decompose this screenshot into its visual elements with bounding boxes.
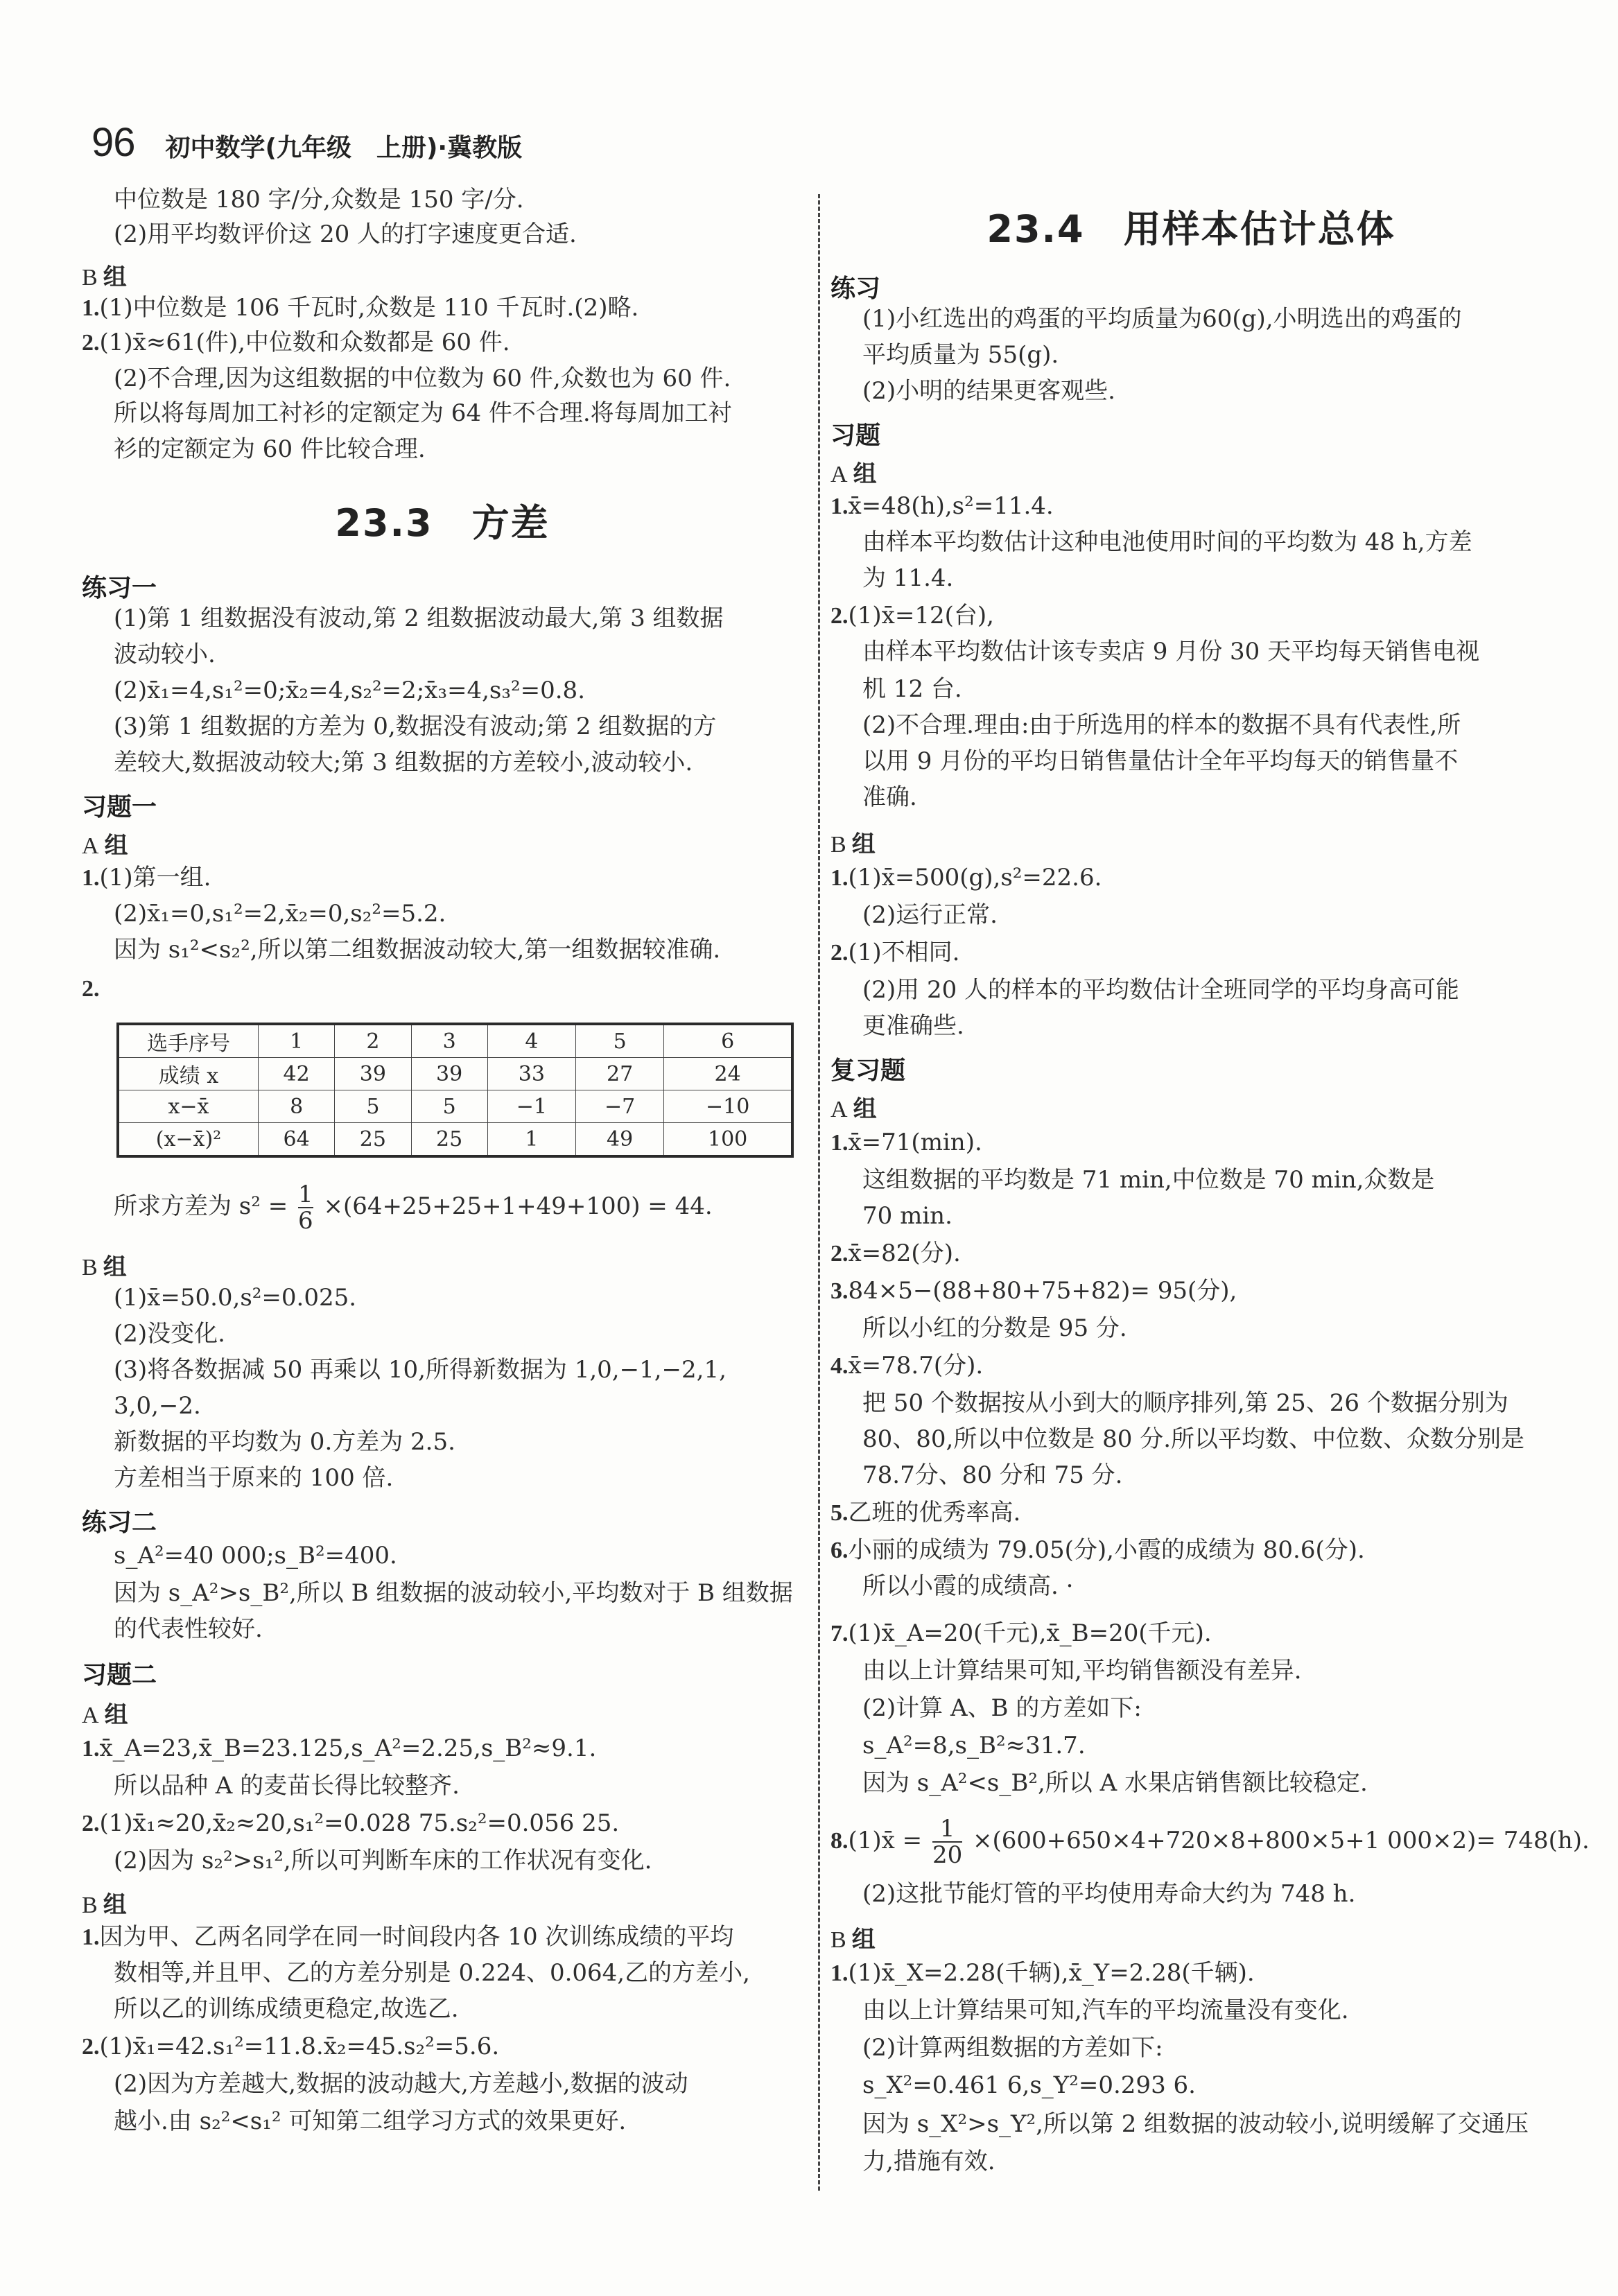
answer-line: 5.乙班的优秀率高. <box>830 1499 1020 1527</box>
answer-line: 所以小霞的成绩高. · <box>830 1572 1073 1600</box>
answer-line: 3.84×5−(88+80+75+82)= 95(分), <box>830 1277 1237 1305</box>
text-line: 的代表性较好. <box>82 1615 263 1643</box>
answer-line: (3)将各数据减 50 再乘以 10,所得新数据为 1,0,−1,−2,1, <box>82 1356 727 1384</box>
answer-line: 因为 s₁²<s₂²,所以第二组数据波动较大,第一组数据较准确. <box>82 936 720 964</box>
answer-line: 机 12 台. <box>830 675 962 703</box>
group-heading: B组 <box>82 258 127 292</box>
answer-line: 1.x̄_A=23,x̄_B=23.125,s_A²=2.25,s_B²≈9.1… <box>82 1734 596 1763</box>
group-heading: B组 <box>830 1920 876 1954</box>
text-line: s_A²=40 000;s_B²=400. <box>82 1542 397 1569</box>
exercise-heading: 习题二 <box>82 1655 157 1691</box>
answer-line: 因为 s_X²>s_Y²,所以第 2 组数据的波动较小,说明缓解了交通压 <box>830 2110 1529 2138</box>
answer-line: 所以乙的训练成绩更稳定,故选乙. <box>82 1995 459 2023</box>
answer-line: 1.(1)第一组. <box>82 864 211 892</box>
answer-line: 70 min. <box>830 1202 952 1230</box>
answer-line: 2.(1)x̄₁=42.s₁²=11.8.x̄₂=45.s₂²=5.6. <box>82 2033 499 2061</box>
page-header: 96 初中数学(九年级 上册)·冀教版 <box>92 119 522 166</box>
text-line: (2)用平均数评价这 20 人的打字速度更合适. <box>82 220 577 248</box>
answer-line: 2.(1)x̄₁≈20,x̄₂≈20,s₁²=0.028 75.s₂²=0.05… <box>82 1809 619 1838</box>
group-heading: A组 <box>830 455 877 489</box>
group-heading: A组 <box>830 1090 877 1124</box>
exercise-heading: 习题 <box>830 416 880 451</box>
text-line: (1)小红选出的鸡蛋的平均质量为60(g),小明选出的鸡蛋的 <box>830 305 1462 333</box>
practice-heading: 练习 <box>830 269 880 304</box>
answer-line: (2)这批节能灯管的平均使用寿命大约为 748 h. <box>830 1880 1355 1908</box>
answer-line: 衫的定额定为 60 件比较合理. <box>82 435 426 463</box>
text-line: 中位数是 180 字/分,众数是 150 字/分. <box>82 186 524 214</box>
answer-line: 力,措施有效. <box>830 2148 995 2175</box>
answer-line: 1.(1)x̄=500(g),s²=22.6. <box>830 864 1102 892</box>
answer-line: 所以品种 A 的麦苗长得比较整齐. <box>82 1772 460 1800</box>
table-row: x−x̄ 8 5 5 −1 −7 −10 <box>118 1090 792 1123</box>
text-line: 平均质量为 55(g). <box>830 341 1059 369</box>
answer-line: s_X²=0.461 6,s_Y²=0.293 6. <box>830 2071 1196 2099</box>
answer-line: (2)x̄₁=0,s₁²=2,x̄₂=0,s₂²=5.2. <box>82 900 446 928</box>
answer-line: 2.(1)不相同. <box>830 939 959 967</box>
answer-line: 1.x̄=71(min). <box>830 1129 982 1157</box>
answer-line: 4.x̄=78.7(分). <box>830 1352 983 1380</box>
table-row: 成绩 x 42 39 39 33 27 24 <box>118 1058 792 1090</box>
group-heading: A组 <box>82 1696 128 1730</box>
answer-line: 所以将每周加工衬衫的定额定为 64 件不合理.将每周加工衬 <box>82 399 732 427</box>
table-row: (x−x̄)² 64 25 25 1 49 100 <box>118 1123 792 1157</box>
book-title: 初中数学(九年级 上册)·冀教版 <box>166 128 523 164</box>
answer-line: 把 50 个数据按从小到大的顺序排列,第 25、26 个数据分别为 <box>830 1389 1508 1417</box>
answer-line: s_A²=8,s_B²≈31.7. <box>830 1732 1086 1759</box>
page-number: 96 <box>92 119 135 166</box>
answer-line: 这组数据的平均数是 71 min,中位数是 70 min,众数是 <box>830 1166 1434 1194</box>
answer-line: 由以上计算结果可知,平均销售额没有差异. <box>830 1657 1302 1685</box>
answer-line: 为 11.4. <box>830 564 953 592</box>
table-row: 选手序号 1 2 3 4 5 6 <box>118 1024 792 1058</box>
text-line: (2)小明的结果更客观些. <box>830 377 1115 405</box>
answer-line: 新数据的平均数为 0.方差为 2.5. <box>82 1428 455 1456</box>
text-line: 差较大,数据波动较大;第 3 组数据的方差较小,波动较小. <box>82 749 693 776</box>
group-heading: B组 <box>82 1886 127 1920</box>
column-divider <box>818 194 820 2191</box>
answer-line: 所以小红的分数是 95 分. <box>830 1314 1127 1342</box>
section-title: 23.4 用样本估计总体 <box>830 200 1551 253</box>
answer-line: 因为 s_A²<s_B²,所以 A 水果店销售额比较稳定. <box>830 1769 1368 1797</box>
text-line: 波动较小. <box>82 641 216 668</box>
text-line: (1)第 1 组数据没有波动,第 2 组数据波动最大,第 3 组数据 <box>82 605 724 632</box>
answer-line: 越小.由 s₂²<s₁² 可知第二组学习方式的效果更好. <box>82 2107 626 2135</box>
fraction: 120 <box>932 1816 962 1868</box>
group-heading: B组 <box>830 825 876 859</box>
answer-line: (2)运行正常. <box>830 901 998 929</box>
answer-line: (2)计算 A、B 的方差如下: <box>830 1694 1142 1722</box>
practice-heading: 练习一 <box>82 568 157 604</box>
text-line: (2)x̄₁=4,s₁²=0;x̄₂=4,s₂²=2;x̄₃=4,s₃²=0.8… <box>82 677 585 704</box>
q8-formula: 8.(1)x̄ = 120 ×(600+650×4+720×8+800×5+1 … <box>830 1816 1590 1868</box>
answer-line: 7.(1)x̄_A=20(千元),x̄_B=20(千元). <box>830 1619 1212 1648</box>
answer-line: 由样本平均数估计这种电池使用时间的平均数为 48 h,方差 <box>830 528 1472 556</box>
answer-line: 80、80,所以中位数是 80 分.所以平均数、中位数、众数分别是 <box>830 1425 1524 1453</box>
answer-line: 方差相当于原来的 100 倍. <box>82 1464 393 1492</box>
answer-line: 1.因为甲、乙两名同学在同一时间段内各 10 次训练成绩的平均 <box>82 1923 733 1951</box>
exercise-heading: 习题一 <box>82 788 157 823</box>
answer-line: 以用 9 月份的平均日销售量估计全年平均每天的销售量不 <box>830 747 1458 775</box>
text-line: 因为 s_A²>s_B²,所以 B 组数据的波动较小,平均数对于 B 组数据 <box>82 1579 793 1607</box>
deviation-table: 选手序号 1 2 3 4 5 6 成绩 x 42 39 39 33 27 24 … <box>116 1023 794 1158</box>
text-line: (3)第 1 组数据的方差为 0,数据没有波动;第 2 组数据的方 <box>82 713 716 740</box>
answer-line: 78.7分、80 分和 75 分. <box>830 1461 1122 1489</box>
answer-line: 2.(1)x̄=12(台), <box>830 602 994 630</box>
section-title: 23.3 方差 <box>82 494 803 547</box>
answer-line: 6.小丽的成绩为 79.05(分),小霞的成绩为 80.6(分). <box>830 1536 1365 1565</box>
answer-line: (2)计算两组数据的方差如下: <box>830 2034 1163 2062</box>
fraction: 16 <box>298 1182 313 1233</box>
answer-line: (1)x̄=50.0,s²=0.025. <box>82 1284 356 1312</box>
answer-line: 由样本平均数估计该专卖店 9 月份 30 天平均每天销售电视 <box>830 638 1479 666</box>
answer-line: (2)因为方差越大,数据的波动越大,方差越小,数据的波动 <box>82 2070 688 2098</box>
answer-line: (2)因为 s₂²>s₁²,所以可判断车床的工作状况有变化. <box>82 1847 652 1875</box>
group-heading: A组 <box>82 826 128 860</box>
answer-line: 1.x̄=48(h),s²=11.4. <box>830 492 1054 521</box>
answer-line: (2)不合理.理由:由于所选用的样本的数据不具有代表性,所 <box>830 711 1461 739</box>
answer-line: 准确. <box>830 783 917 811</box>
answer-line: 数相等,并且甲、乙的方差分别是 0.224、0.064,乙的方差小, <box>82 1959 750 1987</box>
answer-line: (2)用 20 人的样本的平均数估计全班同学的平均身高可能 <box>830 976 1459 1004</box>
answer-line: 2.(1)x̄≈61(件),中位数和众数都是 60 件. <box>82 329 510 357</box>
answer-line: 2.x̄=82(分). <box>830 1240 961 1268</box>
variance-formula: 所求方差为 s² = 16 ×(64+25+25+1+49+100) = 44. <box>82 1182 713 1233</box>
practice-heading: 练习二 <box>82 1503 157 1538</box>
group-heading: B组 <box>82 1248 127 1282</box>
answer-line: 1.(1)x̄_X=2.28(千辆),x̄_Y=2.28(千辆). <box>830 1959 1255 1988</box>
answer-line: 2. <box>82 975 100 1003</box>
answer-line: 由以上计算结果可知,汽车的平均流量没有变化. <box>830 1997 1349 2024</box>
answer-line: (2)没变化. <box>82 1320 225 1348</box>
review-heading: 复习题 <box>830 1051 905 1086</box>
answer-line: (2)不合理,因为这组数据的中位数为 60 件,众数也为 60 件. <box>82 365 731 392</box>
answer-line: 1.(1)中位数是 106 千瓦时,众数是 110 千瓦时.(2)略. <box>82 294 638 322</box>
answer-line: 更准确些. <box>830 1012 964 1040</box>
answer-line: 3,0,−2. <box>82 1392 201 1420</box>
